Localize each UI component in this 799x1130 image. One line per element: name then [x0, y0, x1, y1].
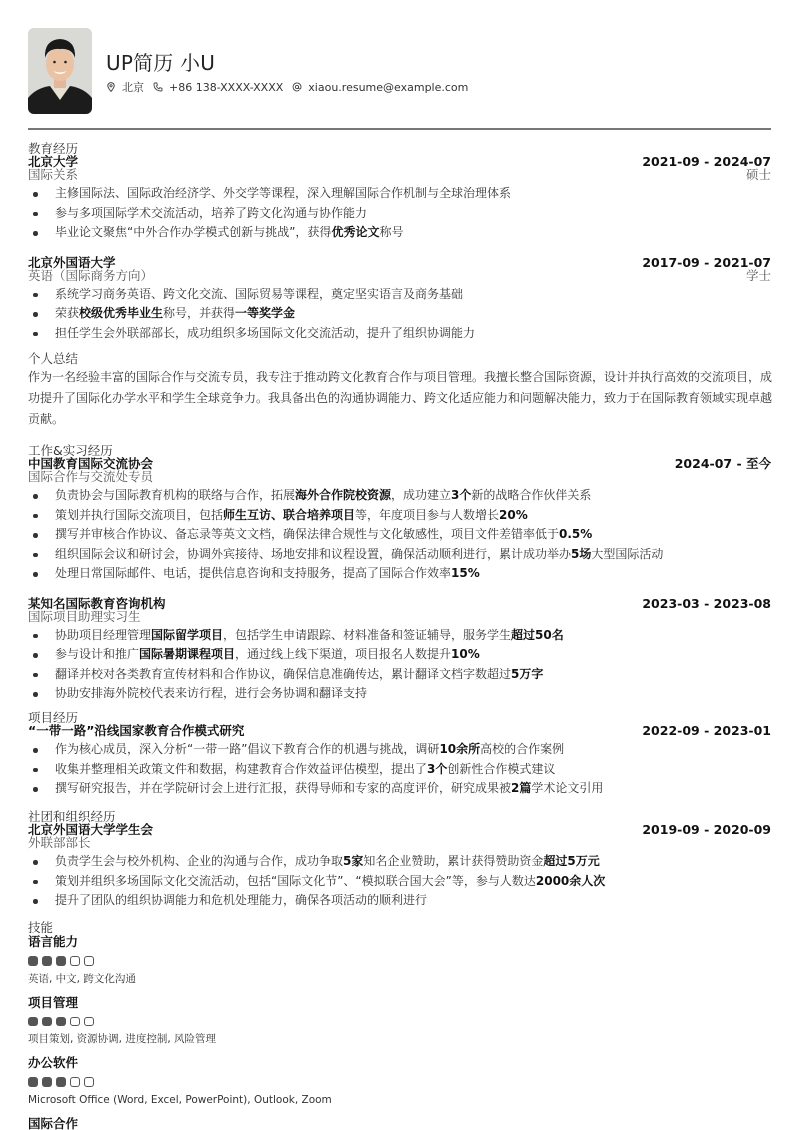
level-dot-empty	[84, 1017, 94, 1027]
bullet-item: 毕业论文聚焦“中外合作办学模式创新与挑战”，获得优秀论文称号	[28, 223, 771, 243]
section-projects: 项目经历 “一带一路”沿线国家教育合作模式研究 2022-09 - 2023-0…	[28, 711, 771, 799]
level-dot-filled	[28, 1017, 38, 1027]
skill-keywords: 英语, 中文, 跨文化沟通	[28, 973, 771, 986]
section-education: 教育经历 北京大学 国际关系 2021-09 - 2024-07 硕士 主修国际…	[28, 142, 771, 343]
skill-level-dots	[28, 1077, 771, 1087]
degree: 学士	[642, 269, 771, 282]
bullet-item: 参与多项国际学术交流活动，培养了跨文化沟通与协作能力	[28, 204, 771, 224]
section-summary: 个人总结 作为一名经验丰富的国际合作与交流专员，我专注于推动跨文化教育合作与项目…	[28, 352, 771, 430]
skill-keywords: Microsoft Office (Word, Excel, PowerPoin…	[28, 1094, 771, 1107]
candidate-name: UP简历 小U	[106, 47, 215, 76]
skill-item: 项目管理 项目策划, 资源协调, 进度控制, 风险管理	[28, 995, 771, 1047]
activity-entry: 北京外国语大学学生会 外联部部长 2019-09 - 2020-09 负责学生会…	[28, 823, 771, 911]
resume-page: UP简历 小U 北京 +86 138-XXXX-XXXX xiaou.resum…	[28, 0, 771, 129]
avatar-photo	[28, 28, 92, 114]
level-dot-empty	[70, 1017, 80, 1027]
project-name: “一带一路”沿线国家教育合作模式研究	[28, 724, 244, 737]
bullet-list: 系统学习商务英语、跨文化交流、国际贸易等课程，奠定坚实语言及商务基础 荣获校级优…	[28, 285, 771, 344]
at-icon	[292, 82, 302, 92]
bullet-list: 主修国际法、国际政治经济学、外交学等课程，深入理解国际合作机制与全球治理体系 参…	[28, 184, 771, 243]
phone-text: +86 138-XXXX-XXXX	[169, 81, 283, 94]
bullet-item: 主修国际法、国际政治经济学、外交学等课程，深入理解国际合作机制与全球治理体系	[28, 184, 771, 204]
school-name: 北京外国语大学	[28, 256, 153, 269]
date-range: 2017-09 - 2021-07	[642, 256, 771, 269]
skill-name: 语言能力	[28, 934, 771, 950]
section-title-summary: 个人总结	[28, 352, 771, 365]
level-dot-filled	[56, 956, 66, 966]
skill-name: 项目管理	[28, 995, 771, 1011]
section-title-skills: 技能	[28, 921, 771, 934]
section-work: 工作&实习经历 中国教育国际交流协会 国际合作与交流处专员 2024-07 - …	[28, 444, 771, 704]
bullet-list: 负责协会与国际教育机构的联络与合作，拓展海外合作院校资源，成功建立3个新的战略合…	[28, 486, 771, 584]
phone-icon	[153, 82, 163, 92]
skill-item: 国际合作	[28, 1116, 771, 1130]
contact-email[interactable]: xiaou.resume@example.com	[292, 81, 468, 94]
company-name: 某知名国际教育咨询机构	[28, 597, 166, 610]
bullet-list: 负责学生会与校外机构、企业的沟通与合作，成功争取5家知名企业赞助，累计获得赞助资…	[28, 852, 771, 911]
bullet-item: 负责协会与国际教育机构的联络与合作，拓展海外合作院校资源，成功建立3个新的战略合…	[28, 486, 771, 506]
education-entry: 北京外国语大学 英语（国际商务方向） 2017-09 - 2021-07 学士 …	[28, 256, 771, 344]
degree: 硕士	[642, 168, 771, 181]
location-text: 北京	[122, 79, 144, 95]
bullet-item: 策划并组织多场国际文化交流活动，包括“国际文化节”、“模拟联合国大会”等，参与人…	[28, 872, 771, 892]
education-entry: 北京大学 国际关系 2021-09 - 2024-07 硕士 主修国际法、国际政…	[28, 155, 771, 243]
skill-keywords: 项目策划, 资源协调, 进度控制, 风险管理	[28, 1033, 771, 1046]
level-dot-empty	[84, 1077, 94, 1087]
resume-header: UP简历 小U 北京 +86 138-XXXX-XXXX xiaou.resum…	[28, 0, 771, 129]
bullet-list: 协助项目经理管理国际留学项目，包括学生申请跟踪、材料准备和签证辅导，服务学生超过…	[28, 626, 771, 704]
work-entry: 中国教育国际交流协会 国际合作与交流处专员 2024-07 - 至今 负责协会与…	[28, 457, 771, 584]
level-dot-empty	[70, 956, 80, 966]
email-link[interactable]: xiaou.resume@example.com	[308, 81, 468, 94]
bullet-item: 组织国际会议和研讨会，协调外宾接待、场地安排和议程设置，确保活动顺利进行，累计成…	[28, 545, 771, 565]
skill-level-dots	[28, 1017, 771, 1027]
date-range: 2022-09 - 2023-01	[642, 724, 771, 737]
bullet-item: 撰写研究报告，并在学院研讨会上进行汇报，获得导师和专家的高度评价，研究成果被2篇…	[28, 779, 771, 799]
role: 外联部部长	[28, 836, 153, 849]
job-title: 国际合作与交流处专员	[28, 470, 153, 483]
section-skills: 技能 语言能力 英语, 中文, 跨文化沟通 项目管理 项目策划, 资源协调, 进…	[28, 921, 771, 1130]
level-dot-empty	[70, 1077, 80, 1087]
work-entry: 某知名国际教育咨询机构 国际项目助理实习生 2023-03 - 2023-08 …	[28, 597, 771, 704]
skill-item: 办公软件 Microsoft Office (Word, Excel, Powe…	[28, 1055, 771, 1107]
bullet-item: 提升了团队的组织协调能力和危机处理能力，确保各项活动的顺利进行	[28, 891, 771, 911]
bullet-item: 策划并执行国际交流项目，包括师生互访、联合培养项目等，年度项目参与人数增长20%	[28, 506, 771, 526]
level-dot-filled	[28, 1077, 38, 1087]
contact-phone: +86 138-XXXX-XXXX	[153, 81, 283, 94]
level-dot-filled	[42, 1017, 52, 1027]
skill-name: 办公软件	[28, 1055, 771, 1071]
date-range: 2024-07 - 至今	[675, 457, 771, 470]
level-dot-empty	[84, 956, 94, 966]
skill-name: 国际合作	[28, 1116, 771, 1130]
skill-level-dots	[28, 956, 771, 966]
bullet-item: 撰写并审核合作协议、备忘录等英文文档，确保法律合规性与文化敏感性，项目文件差错率…	[28, 525, 771, 545]
section-activities: 社团和组织经历 北京外国语大学学生会 外联部部长 2019-09 - 2020-…	[28, 810, 771, 911]
job-title: 国际项目助理实习生	[28, 610, 166, 623]
date-range: 2019-09 - 2020-09	[642, 823, 771, 836]
summary-text: 作为一名经验丰富的国际合作与交流专员，我专注于推动跨文化教育合作与项目管理。我擅…	[28, 367, 773, 430]
level-dot-filled	[56, 1077, 66, 1087]
level-dot-filled	[42, 1077, 52, 1087]
bullet-item: 作为核心成员，深入分析“一带一路”倡议下教育合作的机遇与挑战，调研10余所高校的…	[28, 740, 771, 760]
bullet-item: 处理日常国际邮件、电话，提供信息咨询和支持服务，提高了国际合作效率15%	[28, 564, 771, 584]
bullet-item: 收集并整理相关政策文件和数据，构建教育合作效益评估模型，提出了3个创新性合作模式…	[28, 760, 771, 780]
level-dot-filled	[42, 956, 52, 966]
bullet-item: 负责学生会与校外机构、企业的沟通与合作，成功争取5家知名企业赞助，累计获得赞助资…	[28, 852, 771, 872]
bullet-item: 翻译并校对各类教育宣传材料和合作协议，确保信息准确传达，累计翻译文档字数超过5万…	[28, 665, 771, 685]
map-pin-icon	[106, 82, 116, 92]
bullet-item: 协助项目经理管理国际留学项目，包括学生申请跟踪、材料准备和签证辅导，服务学生超过…	[28, 626, 771, 646]
bullet-list: 作为核心成员，深入分析“一带一路”倡议下教育合作的机遇与挑战，调研10余所高校的…	[28, 740, 771, 799]
bullet-item: 协助安排海外院校代表来访行程，进行会务协调和翻译支持	[28, 684, 771, 704]
level-dot-filled	[28, 956, 38, 966]
header-divider	[28, 128, 771, 130]
bullet-item: 参与设计和推广国际暑期课程项目，通过线上线下渠道，项目报名人数提升10%	[28, 645, 771, 665]
bullet-item: 荣获校级优秀毕业生称号，并获得一等奖学金	[28, 304, 771, 324]
level-dot-filled	[56, 1017, 66, 1027]
major: 英语（国际商务方向）	[28, 269, 153, 282]
major: 国际关系	[28, 168, 78, 181]
contact-location: 北京	[106, 79, 144, 95]
bullet-item: 担任学生会外联部部长，成功组织多场国际文化交流活动，提升了组织协调能力	[28, 324, 771, 344]
bullet-item: 系统学习商务英语、跨文化交流、国际贸易等课程，奠定坚实语言及商务基础	[28, 285, 771, 305]
date-range: 2023-03 - 2023-08	[642, 597, 771, 610]
project-entry: “一带一路”沿线国家教育合作模式研究 2022-09 - 2023-01 作为核…	[28, 724, 771, 799]
portrait-image	[28, 28, 92, 114]
skill-item: 语言能力 英语, 中文, 跨文化沟通	[28, 934, 771, 986]
contact-info: 北京 +86 138-XXXX-XXXX xiaou.resume@exampl…	[106, 79, 477, 95]
